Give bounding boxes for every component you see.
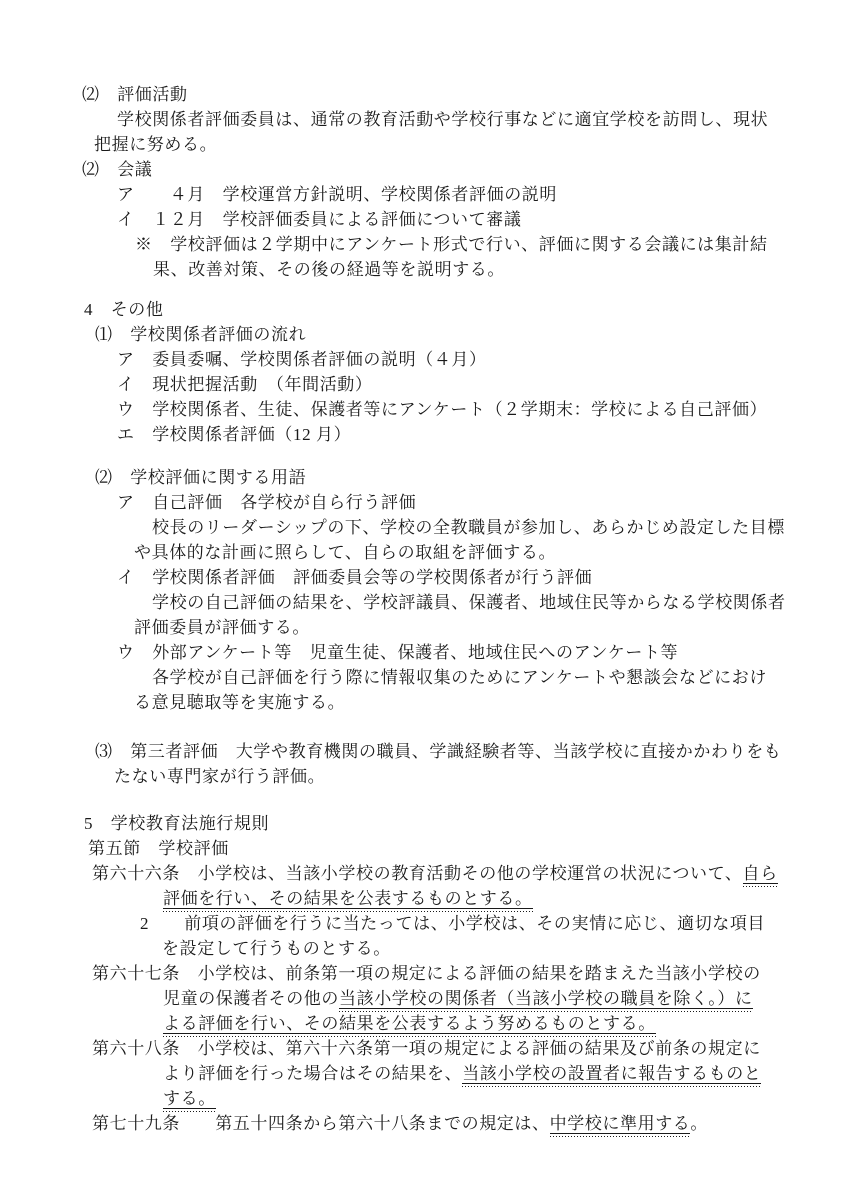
article-68-line-3: する。 (163, 1086, 848, 1111)
underlined-text: 当該小学校の設置者に報告するものと (462, 1064, 761, 1087)
list-item-a: ア 委員委嘱、学校関係者評価の説明（４月） (117, 347, 848, 372)
list-item-u: ウ 学校関係者、生徒、保護者等にアンケート（２学期末：学校による自己評価） (117, 397, 848, 422)
text-line: 校長のリーダーシップの下、学校の全教職員が参加し、あらかじめ設定した目標 (152, 515, 848, 540)
text-run: 第六十六条 小学校は、当該小学校の教育活動その他の学校運営の状況について、 (92, 864, 743, 883)
text-run: ⑵ 会議 (82, 160, 152, 179)
subsection-4-3-heading: ⑶ 第三者評価 大学や教育機関の職員、学識経験者等、当該学校に直接かかわりをも (95, 739, 848, 764)
note-line: 果、改善対策、その後の経過等を説明する。 (153, 257, 848, 282)
text-run: イ 学校関係者評価 評価委員会等の学校関係者が行う評価 (117, 568, 592, 587)
term-i-stakeholder-evaluation: イ 学校関係者評価 評価委員会等の学校関係者が行う評価 (117, 565, 848, 590)
text-run: ア 委員委嘱、学校関係者評価の説明（４月） (117, 350, 487, 369)
document-page: ⑵ 評価活動 学校関係者評価委員は、通常の教育活動や学校行事などに適宜学校を訪問… (0, 0, 848, 1200)
text-line: 各学校が自己評価を行う際に情報収集のためにアンケートや懇談会などにおけ (152, 665, 848, 690)
term-a-self-evaluation: ア 自己評価 各学校が自ら行う評価 (117, 490, 848, 515)
text-run: ウ 学校関係者、生徒、保護者等にアンケート（２学期末：学校による自己評価） (117, 400, 767, 419)
blank-space (0, 789, 848, 811)
underlined-text: 自ら (743, 864, 778, 887)
text-run: 各学校が自己評価を行う際に情報収集のためにアンケートや懇談会などにおけ (152, 668, 767, 687)
text-run: 学校関係者評価委員は、通常の教育活動や学校行事などに適宜学校を訪問し、現状 (117, 110, 768, 129)
text-line: たない専門家が行う評価。 (114, 764, 848, 789)
text-run: を設定して行うものとする。 (162, 939, 391, 958)
underlined-text: する。 (163, 1089, 216, 1112)
text-run: 4 その他 (84, 300, 164, 319)
text-run: ⑵ 評価活動 (82, 85, 188, 104)
text-run: 児童の保護者その他の (163, 989, 339, 1008)
underlined-text: 評価を行い、その結果を公表するものとする。 (163, 889, 533, 912)
underlined-text: 当該小学校の関係者（当該小学校の職員を除く。）に (339, 989, 753, 1012)
text-line: 学校の自己評価の結果を、学校評議員、保護者、地域住民等からなる学校関係者 (152, 590, 848, 615)
section-5-heading: 5 学校教育法施行規則 (84, 811, 848, 836)
text-line: や具体的な計画に照らして、自らの取組を評価する。 (134, 540, 848, 565)
text-run: イ １２月 学校評価委員による評価について審議 (117, 210, 521, 229)
text-run: 校長のリーダーシップの下、学校の全教職員が参加し、あらかじめ設定した目標 (152, 518, 785, 537)
text-run: ⑵ 学校評価に関する用語 (95, 468, 306, 487)
text-line: 学校関係者評価委員は、通常の教育活動や学校行事などに適宜学校を訪問し、現状 (117, 107, 848, 132)
section-4-heading: 4 その他 (84, 297, 848, 322)
article-79-line-1: 第七十九条 第五十四条から第六十八条までの規定は、中学校に準用する。 (92, 1111, 848, 1136)
text-run: 2 前項の評価を行うに当たっては、小学校は、その実情に応じ、適切な項目 (140, 914, 765, 933)
text-run: ⑶ 第三者評価 大学や教育機関の職員、学識経験者等、当該学校に直接かかわりをも (95, 742, 781, 761)
text-run: 第六十八条 小学校は、第六十六条第一項の規定による評価の結果及び前条の規定に (92, 1039, 761, 1058)
text-run: ⑴ 学校関係者評価の流れ (95, 325, 306, 344)
list-item-a-april: ア ４月 学校運営方針説明、学校関係者評価の説明 (117, 182, 848, 207)
text-run: イ 現状把握活動 （年間活動） (117, 375, 373, 394)
blank-space (0, 282, 848, 297)
text-line: 把握に努める。 (94, 132, 848, 157)
subsection-4-1-heading: ⑴ 学校関係者評価の流れ (95, 322, 848, 347)
blank-space (0, 715, 848, 739)
underlined-text: 中学校に準用する (550, 1114, 691, 1137)
text-run: 把握に努める。 (94, 135, 217, 154)
text-run: 第五節 学校評価 (88, 839, 229, 858)
text-run: より評価を行った場合はその結果を、 (163, 1064, 462, 1083)
text-run: たない専門家が行う評価。 (114, 767, 325, 786)
article-68-line-1: 第六十八条 小学校は、第六十六条第一項の規定による評価の結果及び前条の規定に (92, 1036, 848, 1061)
text-run: エ 学校関係者評価（12 月） (117, 425, 351, 444)
text-run: 評価委員が評価する。 (134, 618, 310, 637)
underlined-text: よる評価を行い、その結果を公表するよう努めるものとする。 (163, 1014, 656, 1037)
text-run: や具体的な計画に照らして、自らの取組を評価する。 (134, 543, 556, 562)
text-run: る意見聴取等を実施する。 (134, 693, 345, 712)
text-run: ウ 外部アンケート等 児童生徒、保護者、地域住民へのアンケート等 (117, 643, 678, 662)
subsection-4-2-heading: ⑵ 学校評価に関する用語 (95, 465, 848, 490)
article-67-line-2: 児童の保護者その他の当該小学校の関係者（当該小学校の職員を除く。）に (163, 986, 848, 1011)
text-run: 学校の自己評価の結果を、学校評議員、保護者、地域住民等からなる学校関係者 (152, 593, 786, 612)
note-line: ※ 学校評価は２学期中にアンケート形式で行い、評価に関する会議には集計結 (135, 232, 848, 257)
article-68-line-2: より評価を行った場合はその結果を、当該小学校の設置者に報告するものと (163, 1061, 848, 1086)
term-u-external-survey: ウ 外部アンケート等 児童生徒、保護者、地域住民へのアンケート等 (117, 640, 848, 665)
text-line: る意見聴取等を実施する。 (134, 690, 848, 715)
item-2-meeting-heading: ⑵ 会議 (82, 157, 848, 182)
text-line: 評価委員が評価する。 (134, 615, 848, 640)
blank-space (0, 447, 848, 465)
list-item-i-december: イ １２月 学校評価委員による評価について審議 (117, 207, 848, 232)
text-run: ※ 学校評価は２学期中にアンケート形式で行い、評価に関する会議には集計結 (135, 235, 768, 254)
article-66-paragraph-2-line-1: 2 前項の評価を行うに当たっては、小学校は、その実情に応じ、適切な項目 (140, 911, 848, 936)
article-67-line-3: よる評価を行い、その結果を公表するよう努めるものとする。 (163, 1011, 848, 1036)
item-2-evaluation-activity-heading: ⑵ 評価活動 (82, 82, 848, 107)
article-66-line-1: 第六十六条 小学校は、当該小学校の教育活動その他の学校運営の状況について、自ら (92, 861, 848, 886)
text-run: 。 (690, 1114, 708, 1133)
text-run: ア 自己評価 各学校が自ら行う評価 (117, 493, 416, 512)
text-run: 第七十九条 第五十四条から第六十八条までの規定は、 (92, 1114, 550, 1133)
text-run: 第六十七条 小学校は、前条第一項の規定による評価の結果を踏まえた当該小学校の (92, 964, 761, 983)
article-66-line-2: 評価を行い、その結果を公表するものとする。 (163, 886, 848, 911)
text-run: 5 学校教育法施行規則 (84, 814, 269, 833)
list-item-i: イ 現状把握活動 （年間活動） (117, 372, 848, 397)
chapter-5-section-heading: 第五節 学校評価 (88, 836, 848, 861)
article-67-line-1: 第六十七条 小学校は、前条第一項の規定による評価の結果を踏まえた当該小学校の (92, 961, 848, 986)
text-run: 果、改善対策、その後の経過等を説明する。 (153, 260, 505, 279)
text-run: ア ４月 学校運営方針説明、学校関係者評価の説明 (117, 185, 557, 204)
article-66-paragraph-2-line-2: を設定して行うものとする。 (162, 936, 848, 961)
list-item-e: エ 学校関係者評価（12 月） (117, 422, 848, 447)
